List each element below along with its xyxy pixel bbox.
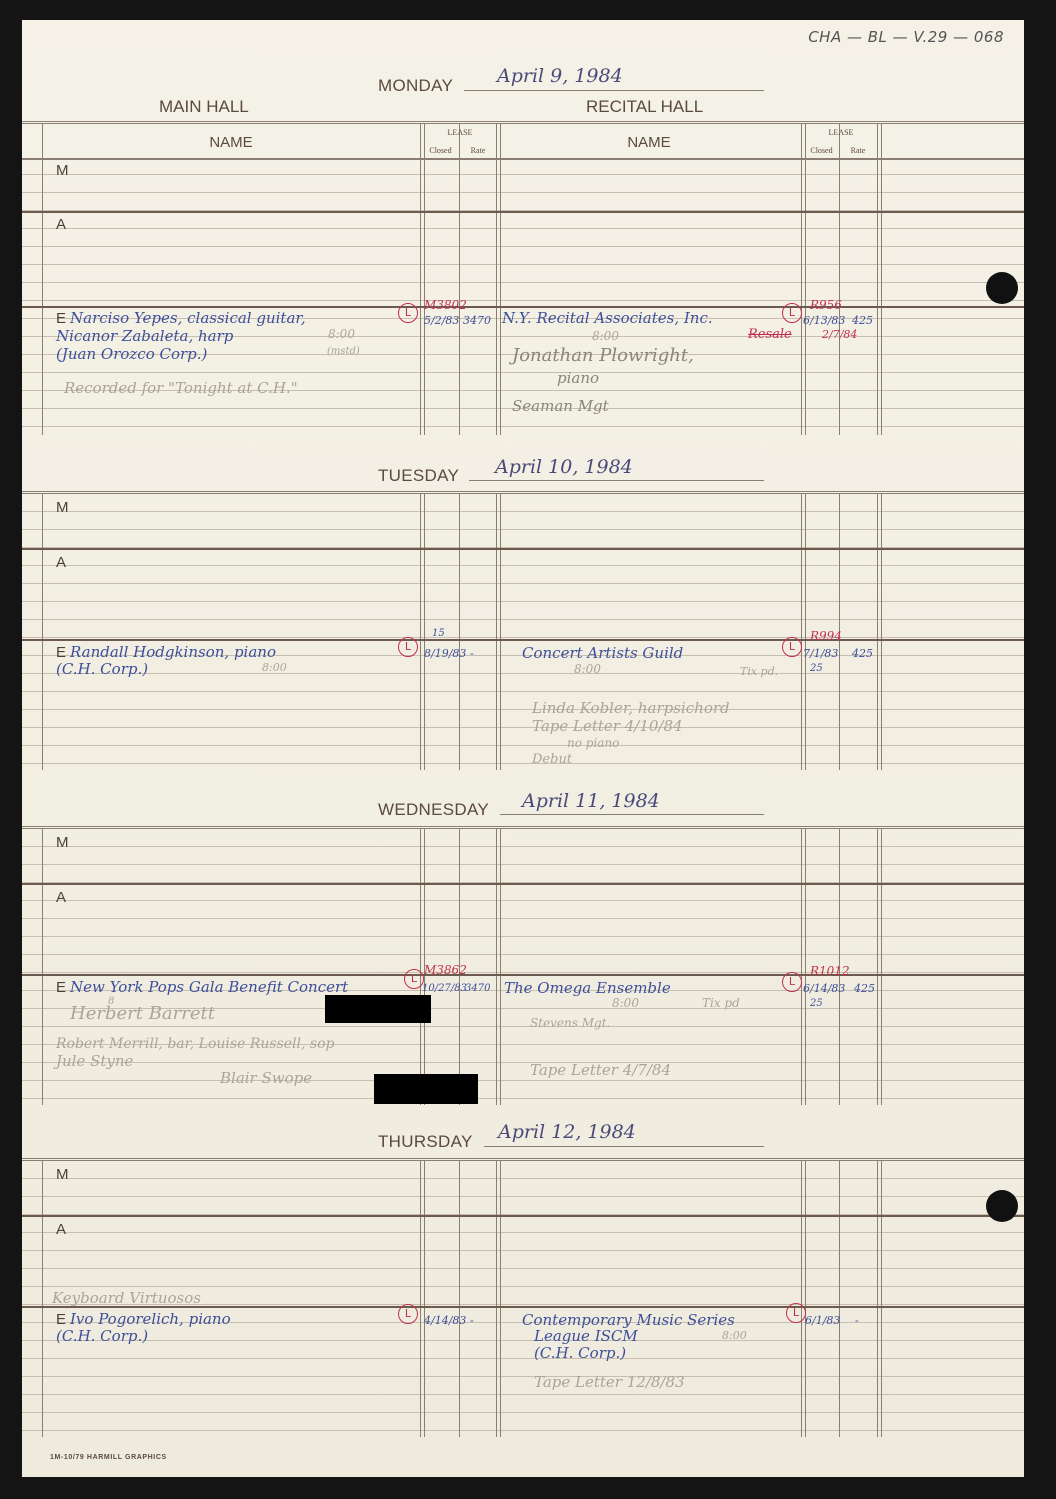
day-section-thursday: M A E Keyboard Virtuosos Ivo Pogorelich,… xyxy=(22,1158,1024,1437)
slot-evening: E xyxy=(56,310,66,327)
slot-evening: E xyxy=(56,979,66,996)
slot-afternoon: A xyxy=(56,1221,66,1238)
main-hall-title: MAIN HALL xyxy=(159,97,249,117)
day-section-wednesday: M A E New York Pops Gala Benefit Concert… xyxy=(22,826,1024,1105)
slot-evening: E xyxy=(56,1311,66,1328)
booking-ledger-page: CHA — BL — V.29 — 068 MAIN HALL RECITAL … xyxy=(22,20,1024,1477)
archive-reference-code: CHA — BL — V.29 — 068 xyxy=(808,28,1004,46)
recital-lease-header: LEASE xyxy=(803,128,879,137)
lease-mark: L xyxy=(782,303,802,323)
slot-morning: M xyxy=(56,162,69,179)
slot-afternoon: A xyxy=(56,216,66,233)
form-print-line: 1M-10/79 HARMILL GRAPHICS xyxy=(50,1454,167,1461)
redaction-box xyxy=(325,995,431,1023)
day-date-thursday: April 12, 1984 xyxy=(498,1121,636,1143)
column-header-row: NAME NAME LEASE Closed Rate LEASE Closed… xyxy=(22,121,1024,160)
redaction-box xyxy=(374,1074,478,1104)
date-underline xyxy=(484,1146,764,1147)
slot-afternoon: A xyxy=(56,554,66,571)
day-label-thursday: THURSDAY xyxy=(378,1132,473,1152)
date-underline xyxy=(464,90,764,91)
lease-mark: L xyxy=(782,972,802,992)
main-rate-header: Rate xyxy=(460,146,496,155)
main-closed-header: Closed xyxy=(422,146,459,155)
slot-evening: E xyxy=(56,644,66,661)
binder-hole xyxy=(986,272,1018,304)
lease-mark: L xyxy=(782,637,802,657)
main-hall-name-header: NAME xyxy=(42,134,420,151)
day-date-monday: April 9, 1984 xyxy=(497,65,623,87)
recital-rate-header: Rate xyxy=(840,146,876,155)
slot-afternoon: A xyxy=(56,889,66,906)
lease-mark: L xyxy=(398,637,418,657)
date-underline xyxy=(500,814,764,815)
day-date-tuesday: April 10, 1984 xyxy=(495,456,633,478)
recital-hall-name-header: NAME xyxy=(499,134,799,151)
main-lease-header: LEASE xyxy=(422,128,498,137)
slot-morning: M xyxy=(56,834,69,851)
day-section-monday: M A E Narciso Yepes, classical guitar, N… xyxy=(22,157,1024,435)
day-section-tuesday: M A E Randall Hodgkinson, piano (C.H. Co… xyxy=(22,491,1024,770)
slot-morning: M xyxy=(56,1166,69,1183)
recital-hall-title: RECITAL HALL xyxy=(586,97,703,117)
lease-mark: L xyxy=(786,1303,806,1323)
day-label-monday: MONDAY xyxy=(378,76,453,96)
lease-mark: L xyxy=(398,1304,418,1324)
day-date-wednesday: April 11, 1984 xyxy=(522,790,660,812)
lease-mark: L xyxy=(404,969,424,989)
lease-mark: L xyxy=(398,303,418,323)
slot-morning: M xyxy=(56,499,69,516)
date-underline xyxy=(469,480,764,481)
recital-closed-header: Closed xyxy=(803,146,840,155)
binder-hole xyxy=(986,1190,1018,1222)
day-label-tuesday: TUESDAY xyxy=(378,466,459,486)
day-label-wednesday: WEDNESDAY xyxy=(378,800,489,820)
